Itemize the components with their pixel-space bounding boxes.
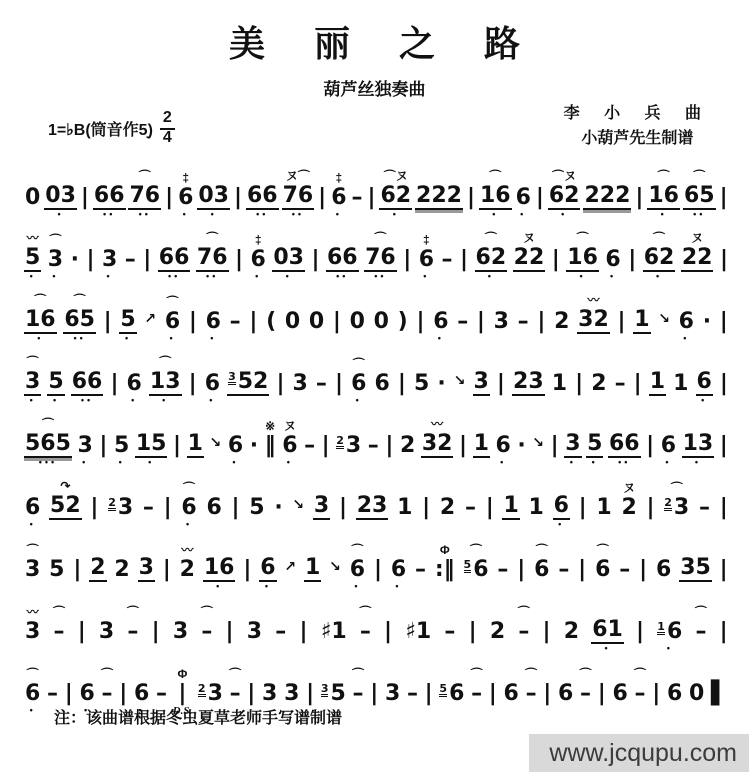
dash: – — [406, 668, 419, 716]
watermark: www.jcqupu.com — [529, 734, 749, 772]
barline: | — [597, 668, 607, 716]
note: 1 — [551, 358, 568, 406]
note: ⌒6• — [349, 544, 366, 592]
grace-note: 5 — [464, 559, 472, 573]
footer-note: 注：该曲谱根据冬虫夏草老师手写谱制谱 — [54, 705, 342, 728]
note: ヌ22 — [681, 232, 714, 282]
dash: – — [496, 544, 509, 592]
key-text: 1=♭B(筒音作5̣) — [48, 117, 153, 140]
rest: 0 — [284, 296, 301, 344]
barline: | — [332, 296, 342, 344]
note: ‡6• — [418, 234, 435, 282]
arranger: 小葫芦先生制谱 — [564, 127, 711, 152]
note: ヌ⌒76•• — [282, 170, 315, 220]
barline: | — [719, 482, 729, 530]
note: ⌒23 — [663, 482, 690, 530]
note: 1 — [595, 482, 612, 530]
dash: – — [614, 358, 627, 406]
paren: ) — [397, 296, 409, 344]
note: 5• — [119, 294, 136, 344]
barline: | — [542, 606, 552, 654]
note: ‡6• — [250, 234, 267, 282]
music-line: 〰3 ⌒– | 3 ⌒– | 3 ⌒– | 3 – | ♯1 ⌒– | ♯1 –… — [24, 592, 729, 654]
dash: ⌒– — [352, 668, 365, 716]
note: 66•• — [608, 418, 641, 468]
note: 3 — [138, 542, 155, 592]
note: 6• — [696, 356, 713, 406]
barline: | — [415, 296, 425, 344]
note: 66•• — [158, 232, 191, 282]
note: ⌒6• — [350, 358, 367, 406]
note: 6 — [655, 544, 672, 592]
dot: · — [70, 234, 80, 282]
note: 13• — [682, 418, 715, 468]
note: ⌒62• — [475, 232, 508, 282]
note: ⌒6• — [164, 296, 181, 344]
dash: ⌒– — [634, 668, 647, 716]
barline: | — [164, 172, 174, 220]
barline: | — [719, 420, 729, 468]
note: 〰32 — [421, 418, 454, 468]
dash: – — [517, 296, 530, 344]
barline: | — [635, 606, 645, 654]
note: ヌ2 — [620, 482, 637, 530]
barline: | — [151, 606, 161, 654]
note: 15• — [135, 418, 168, 468]
note: 03• — [272, 232, 305, 282]
barline: | — [719, 296, 729, 344]
note: 66•• — [71, 356, 104, 406]
note: 3 — [246, 606, 263, 654]
note: 35 — [679, 542, 712, 592]
barline: | — [476, 296, 486, 344]
barline: | — [233, 172, 243, 220]
barline: | — [638, 544, 648, 592]
note: 6• — [515, 172, 532, 220]
note: 1 — [649, 356, 666, 406]
note: 6• — [24, 482, 41, 530]
barline: | — [719, 606, 729, 654]
page-title: 美 丽 之 路 — [0, 16, 749, 67]
barline: | — [275, 358, 285, 406]
note: 5• — [47, 356, 64, 406]
note: 03• — [44, 170, 77, 220]
barline: | — [369, 668, 379, 716]
note: 6• — [390, 544, 407, 592]
barline: Φ:‖ — [434, 544, 456, 592]
note: ⌒13• — [149, 356, 182, 406]
barline: | — [488, 668, 498, 716]
barline: | — [334, 358, 344, 406]
note: 23 — [356, 480, 389, 530]
rest: 0 — [349, 296, 366, 344]
note: 1 — [304, 542, 321, 592]
note: 66•• — [93, 170, 126, 220]
note: ⌒16• — [479, 170, 512, 220]
note: ⌒3 — [24, 544, 41, 592]
barline: | — [103, 296, 113, 344]
barline: | — [72, 544, 82, 592]
note: 6 — [373, 358, 390, 406]
dash: ⌒– — [694, 606, 707, 654]
note: 6• — [227, 420, 244, 468]
slide-up-icon: ↗ — [283, 552, 297, 592]
note: 3 — [384, 668, 401, 716]
dash: – — [350, 172, 363, 220]
dash: – — [618, 544, 631, 592]
note: 16• — [656, 606, 683, 654]
barline: | — [719, 358, 729, 406]
barline: | — [298, 606, 308, 654]
note: 2 — [590, 358, 607, 406]
dash: ⌒– — [53, 606, 66, 654]
note: ⌒ヌ62• — [548, 170, 581, 220]
note: 2 — [563, 606, 580, 654]
barline: | — [645, 482, 655, 530]
note: 3• — [564, 418, 581, 468]
composer: 李 小 兵 曲 — [564, 102, 711, 127]
note: 1 — [502, 480, 519, 530]
dash: – — [441, 234, 454, 282]
credits: 李 小 兵 曲 小葫芦先生制谱 — [564, 102, 711, 152]
barline: | — [172, 420, 182, 468]
slide-down-icon: ↘ — [209, 428, 223, 468]
barline: | — [645, 420, 655, 468]
subtitle: 葫芦丝独奏曲 — [0, 75, 749, 100]
note: 16• — [203, 542, 236, 592]
barline: | — [317, 172, 327, 220]
note: 66•• — [326, 232, 359, 282]
music-line: 6•↷52 | 23 – | ⌒6• 6 | 5 · ↘ 3 | 23 1 | … — [24, 468, 729, 530]
slide-down-icon: ↘ — [531, 428, 545, 468]
dash: – — [124, 234, 137, 282]
barline: | — [468, 606, 478, 654]
meter-denominator: 4 — [163, 130, 172, 147]
slide-down-icon: ↘ — [291, 490, 305, 530]
note: ⌒16• — [566, 232, 599, 282]
note: 6• — [604, 234, 621, 282]
note: 56 — [438, 668, 465, 716]
rest: 0 — [308, 296, 325, 344]
barline: | — [188, 296, 198, 344]
note: ♯1 — [320, 606, 348, 654]
barline: | — [321, 420, 331, 468]
barline: | — [421, 482, 431, 530]
barline: | — [338, 482, 348, 530]
barline: | — [578, 482, 588, 530]
barline: | — [310, 234, 320, 282]
note: 1 — [672, 358, 689, 406]
note: ⌒6 — [594, 544, 611, 592]
dot: · — [516, 420, 526, 468]
barline: | — [424, 668, 434, 716]
dash: ⌒– — [126, 606, 139, 654]
note: 5 — [413, 358, 430, 406]
note: ⌒76•• — [128, 170, 161, 220]
barline: | — [458, 420, 468, 468]
note: 352 — [227, 356, 269, 406]
note: 6 — [611, 668, 628, 716]
note: 6 — [503, 668, 520, 716]
dash: ⌒– — [579, 668, 592, 716]
note: 23 — [335, 420, 362, 468]
music-line: ⌒3• 5• 66•• | 6•⌒13• | 6• 352 | 3 – | ⌒6… — [24, 344, 729, 406]
note: ↷52 — [49, 480, 82, 530]
meter-numerator: 2 — [160, 110, 175, 130]
dash: ⌒– — [470, 668, 483, 716]
dash: – — [557, 544, 570, 592]
note: ‡6• — [330, 172, 347, 220]
paren: ( — [265, 296, 277, 344]
note: ⌒6• — [180, 482, 197, 530]
note: 1 — [396, 482, 413, 530]
dash: – — [464, 482, 477, 530]
note: 3 — [473, 356, 490, 406]
note: ⌒3• — [47, 234, 64, 282]
note: ヌ22 — [513, 232, 546, 282]
dash: – — [274, 606, 287, 654]
rest: 0 — [373, 296, 390, 344]
dash: – — [303, 420, 316, 468]
note: 6• — [259, 542, 276, 592]
note: 66•• — [246, 170, 279, 220]
note: ⌒ヌ62• — [379, 170, 412, 220]
barline: | — [719, 234, 729, 282]
note: 6• — [205, 296, 222, 344]
barline: | — [542, 668, 552, 716]
note: ⌒6 — [533, 544, 550, 592]
note: 3 — [172, 606, 189, 654]
note: 23 — [107, 482, 134, 530]
note: 2 — [89, 542, 106, 592]
barline: | — [496, 358, 506, 406]
note: ⌒16• — [24, 294, 57, 344]
barline: | — [651, 668, 661, 716]
grace-note: 2 — [198, 683, 206, 697]
music-line: 0 03• | 66••⌒76•• | ‡6• 03• | 66••ヌ⌒76••… — [24, 158, 729, 220]
note: 5 — [48, 544, 65, 592]
dash: ⌒– — [359, 606, 372, 654]
barline: | — [634, 172, 644, 220]
note: ヌ6• — [281, 420, 298, 468]
barline: | — [535, 172, 545, 220]
barline: | — [373, 544, 383, 592]
slide-up-icon: ↗ — [143, 304, 157, 344]
barline: | — [551, 234, 561, 282]
note: 3• — [77, 420, 94, 468]
barline: | — [402, 234, 412, 282]
note: ⌒76•• — [364, 232, 397, 282]
dot: · — [273, 482, 283, 530]
barline: | — [536, 296, 546, 344]
note: 3• — [101, 234, 118, 282]
note: 1 — [187, 418, 204, 468]
grace-note: 2 — [336, 435, 344, 449]
rest: 0 — [688, 668, 705, 716]
note: 2 — [489, 606, 506, 654]
note: 1 — [633, 294, 650, 344]
note: ♯1 — [404, 606, 432, 654]
note: 222 — [583, 170, 631, 220]
barline: | — [383, 606, 393, 654]
meta-row: 1=♭B(筒音作5̣) 2 4 李 小 兵 曲 小葫芦先生制谱 — [0, 100, 749, 154]
barline: ※‖ — [264, 420, 277, 468]
music-line: 〰5•⌒3• · | 3• – | 66••⌒76•• | ‡6• 03• | … — [24, 220, 729, 282]
grace-note: 1 — [657, 621, 665, 635]
time-signature: 2 4 — [160, 110, 175, 147]
barline: | — [234, 234, 244, 282]
barline: | — [142, 234, 152, 282]
barline: | — [163, 482, 173, 530]
music-line: ⌒16•⌒65•• | 5• ↗ ⌒6• | 6• – | ( 0 0 | 0 … — [24, 282, 729, 344]
dash: ⌒– — [525, 668, 538, 716]
note: 3 — [98, 606, 115, 654]
slide-down-icon: ↘ — [453, 366, 467, 406]
barline: | — [616, 296, 626, 344]
note: 5• — [113, 420, 130, 468]
grace-note: 3 — [228, 371, 236, 385]
barline: | — [225, 606, 235, 654]
note: ⌒16• — [647, 170, 680, 220]
note: 3 — [493, 296, 510, 344]
note: 6• — [494, 420, 511, 468]
barline: | — [188, 358, 198, 406]
barline: | — [550, 420, 560, 468]
slide-down-icon: ↘ — [328, 552, 342, 592]
dash: ⌒– — [517, 606, 530, 654]
note: 2 — [439, 482, 456, 530]
barline: | — [577, 544, 587, 592]
dash: – — [229, 296, 242, 344]
barline: | — [627, 234, 637, 282]
barline: | — [574, 358, 584, 406]
note: 2 — [553, 296, 570, 344]
note: 6 — [557, 668, 574, 716]
score: 0 03• | 66••⌒76•• | ‡6• 03• | 66••ヌ⌒76••… — [0, 158, 749, 716]
note: ⌒62• — [643, 232, 676, 282]
note: ‡6• — [177, 172, 194, 220]
barline: | — [384, 420, 394, 468]
note: 6• — [553, 480, 570, 530]
dash: – — [698, 482, 711, 530]
barline: | — [248, 296, 258, 344]
note: 〰5• — [24, 232, 41, 282]
barline: | — [485, 482, 495, 530]
dash: – — [315, 358, 328, 406]
note: 6• — [678, 296, 695, 344]
note: ⌒6• — [24, 668, 41, 716]
barline: | — [397, 358, 407, 406]
barline: | — [98, 420, 108, 468]
note: 6• — [660, 420, 677, 468]
note: 3 — [313, 480, 330, 530]
note: 6• — [204, 358, 221, 406]
rest: 0 — [24, 172, 41, 220]
barline: | — [80, 172, 90, 220]
dash: ⌒– — [200, 606, 213, 654]
grace-note: 3 — [321, 683, 329, 697]
note: 〰3 — [24, 606, 41, 654]
note: 5 — [248, 482, 265, 530]
note: 3 — [292, 358, 309, 406]
note: ⌒565••• — [24, 418, 72, 468]
grace-note: 2 — [664, 497, 672, 511]
barline: | — [633, 358, 643, 406]
note: 222 — [415, 170, 463, 220]
dot: · — [436, 358, 446, 406]
barline: | — [516, 544, 526, 592]
barline: | — [231, 482, 241, 530]
barline: | — [89, 482, 99, 530]
note: 6 — [666, 668, 683, 716]
note: 03• — [197, 170, 230, 220]
barline: | — [162, 544, 172, 592]
note: 61• — [591, 604, 624, 654]
note: 2 — [399, 420, 416, 468]
note: ⌒3• — [24, 356, 41, 406]
barline: | — [719, 172, 729, 220]
music-line: ⌒3 5 | 2 2 3 | 〰2 16• | 6• ↗ 1 ↘ ⌒6• | 6… — [24, 530, 729, 592]
slide-down-icon: ↘ — [657, 304, 671, 344]
dash: – — [443, 606, 456, 654]
dash: – — [414, 544, 427, 592]
barline: | — [459, 234, 469, 282]
dot: · — [702, 296, 712, 344]
barline: | — [719, 544, 729, 592]
dash: – — [456, 296, 469, 344]
dash: – — [367, 420, 380, 468]
note: ⌒56 — [463, 544, 490, 592]
note: 1 — [473, 418, 490, 468]
key-signature: 1=♭B(筒音作5̣) 2 4 — [48, 110, 175, 147]
note: 5• — [586, 418, 603, 468]
barline: | — [366, 172, 376, 220]
note: 〰32 — [577, 294, 610, 344]
note: 6• — [432, 296, 449, 344]
note: ⌒65•• — [63, 294, 96, 344]
note: 2 — [113, 544, 130, 592]
note: ⌒76•• — [196, 232, 229, 282]
music-line: ⌒565••• 3• | 5• 15• | 1 ↘ 6• · ※‖ ヌ6• – … — [24, 406, 729, 468]
note: ⌒65•• — [683, 170, 716, 220]
barline: | — [242, 544, 252, 592]
barline: | — [466, 172, 476, 220]
grace-note: 2 — [108, 497, 116, 511]
barline: | — [109, 358, 119, 406]
barline: | — [85, 234, 95, 282]
note: 〰2 — [179, 544, 196, 592]
note: 6 — [205, 482, 222, 530]
barline: ▌ — [710, 668, 729, 716]
grace-note: 5 — [439, 683, 447, 697]
dash: – — [142, 482, 155, 530]
barline: | — [77, 606, 87, 654]
note: 1 — [528, 482, 545, 530]
dot: · — [249, 420, 259, 468]
note: 23 — [512, 356, 545, 406]
note: 6• — [126, 358, 143, 406]
